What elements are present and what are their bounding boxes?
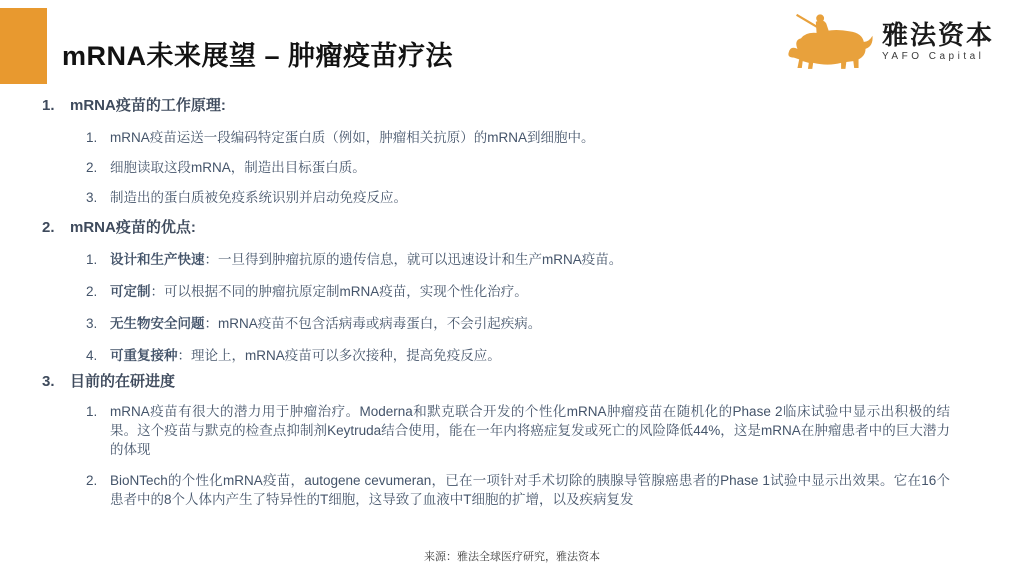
item-rest: ：可以根据不同的肿瘤抗原定制mRNA疫苗，实现个性化治疗。 [151, 284, 528, 299]
list-item: 3. 无生物安全问题：mRNA疫苗不包含活病毒或病毒蛋白，不会引起疾病。 [86, 314, 950, 333]
section-number: 2. [42, 218, 70, 237]
section-working-principle: 1. mRNA疫苗的工作原理: 1. mRNA疫苗运送一段编码特定蛋白质（例如，… [42, 96, 950, 207]
item-number: 4. [86, 346, 110, 365]
slide-body: 1. mRNA疫苗的工作原理: 1. mRNA疫苗运送一段编码特定蛋白质（例如，… [42, 96, 950, 521]
accent-bar [0, 8, 47, 84]
list-item: 2. 可定制：可以根据不同的肿瘤抗原定制mRNA疫苗，实现个性化治疗。 [86, 282, 950, 301]
list-item: 1. 设计和生产快速：一旦得到肿瘤抗原的遗传信息，就可以迅速设计和生产mRNA疫… [86, 250, 950, 269]
item-text: 制造出的蛋白质被免疫系统识别并启动免疫反应。 [110, 188, 950, 207]
section-research-progress: 3. 目前的在研进度 1. mRNA疫苗有很大的潜力用于肿瘤治疗。Moderna… [42, 372, 950, 509]
item-text: 设计和生产快速：一旦得到肿瘤抗原的遗传信息，就可以迅速设计和生产mRNA疫苗。 [110, 250, 950, 269]
page-title: mRNA未来展望 – 肿瘤疫苗疗法 [62, 34, 453, 73]
list-item: 1. mRNA疫苗运送一段编码特定蛋白质（例如，肿瘤相关抗原）的mRNA到细胞中… [86, 128, 950, 147]
lion-rider-icon [780, 10, 876, 72]
section-heading-label: 目前的在研进度 [70, 372, 175, 391]
item-lead: 可重复接种 [110, 348, 178, 363]
item-number: 1. [86, 250, 110, 269]
item-number: 3. [86, 188, 110, 207]
logo-text: 雅法资本 YAFO Capital [882, 21, 994, 62]
section-heading-label: mRNA疫苗的优点: [70, 218, 196, 237]
section-number: 1. [42, 96, 70, 115]
slide: mRNA未来展望 – 肿瘤疫苗疗法 雅法资本 YAFO Capital 1. m… [0, 0, 1024, 576]
item-rest: ：一旦得到肿瘤抗原的遗传信息，就可以迅速设计和生产mRNA疫苗。 [205, 252, 623, 267]
item-number: 2. [86, 158, 110, 177]
section-heading: 3. 目前的在研进度 [42, 372, 950, 391]
item-rest: ：mRNA疫苗不包含活病毒或病毒蛋白，不会引起疾病。 [205, 316, 542, 331]
item-lead: 可定制 [110, 284, 151, 299]
list-item: 2. BioNTech的个性化mRNA疫苗，autogene cevumeran… [86, 471, 950, 509]
item-text: mRNA疫苗运送一段编码特定蛋白质（例如，肿瘤相关抗原）的mRNA到细胞中。 [110, 128, 950, 147]
item-text: 无生物安全问题：mRNA疫苗不包含活病毒或病毒蛋白，不会引起疾病。 [110, 314, 950, 333]
list-item: 4. 可重复接种：理论上，mRNA疫苗可以多次接种，提高免疫反应。 [86, 346, 950, 365]
section-heading: 2. mRNA疫苗的优点: [42, 218, 950, 237]
item-number: 3. [86, 314, 110, 333]
section-number: 3. [42, 372, 70, 391]
item-text: mRNA疫苗有很大的潜力用于肿瘤治疗。Moderna和默克联合开发的个性化mRN… [110, 402, 950, 459]
list-item: 3. 制造出的蛋白质被免疫系统识别并启动免疫反应。 [86, 188, 950, 207]
item-number: 1. [86, 128, 110, 147]
company-logo: 雅法资本 YAFO Capital [780, 10, 994, 72]
section-heading: 1. mRNA疫苗的工作原理: [42, 96, 950, 115]
list-item: 1. mRNA疫苗有很大的潜力用于肿瘤治疗。Moderna和默克联合开发的个性化… [86, 402, 950, 459]
source-note: 来源：雅法全球医疗研究，雅法资本 [0, 548, 1024, 564]
section-advantages: 2. mRNA疫苗的优点: 1. 设计和生产快速：一旦得到肿瘤抗原的遗传信息，就… [42, 218, 950, 365]
item-lead: 无生物安全问题 [110, 316, 205, 331]
item-text: 可定制：可以根据不同的肿瘤抗原定制mRNA疫苗，实现个性化治疗。 [110, 282, 950, 301]
list-item: 2. 细胞读取这段mRNA，制造出目标蛋白质。 [86, 158, 950, 177]
item-text: BioNTech的个性化mRNA疫苗，autogene cevumeran，已在… [110, 471, 950, 509]
section-heading-label: mRNA疫苗的工作原理: [70, 96, 226, 115]
logo-name-cn: 雅法资本 [882, 21, 994, 49]
item-rest: ：理论上，mRNA疫苗可以多次接种，提高免疫反应。 [178, 348, 501, 363]
item-text: 细胞读取这段mRNA，制造出目标蛋白质。 [110, 158, 950, 177]
item-number: 2. [86, 282, 110, 301]
item-number: 1. [86, 402, 110, 459]
item-number: 2. [86, 471, 110, 509]
item-text: 可重复接种：理论上，mRNA疫苗可以多次接种，提高免疫反应。 [110, 346, 950, 365]
logo-name-en: YAFO Capital [882, 51, 984, 62]
item-lead: 设计和生产快速 [110, 252, 205, 267]
